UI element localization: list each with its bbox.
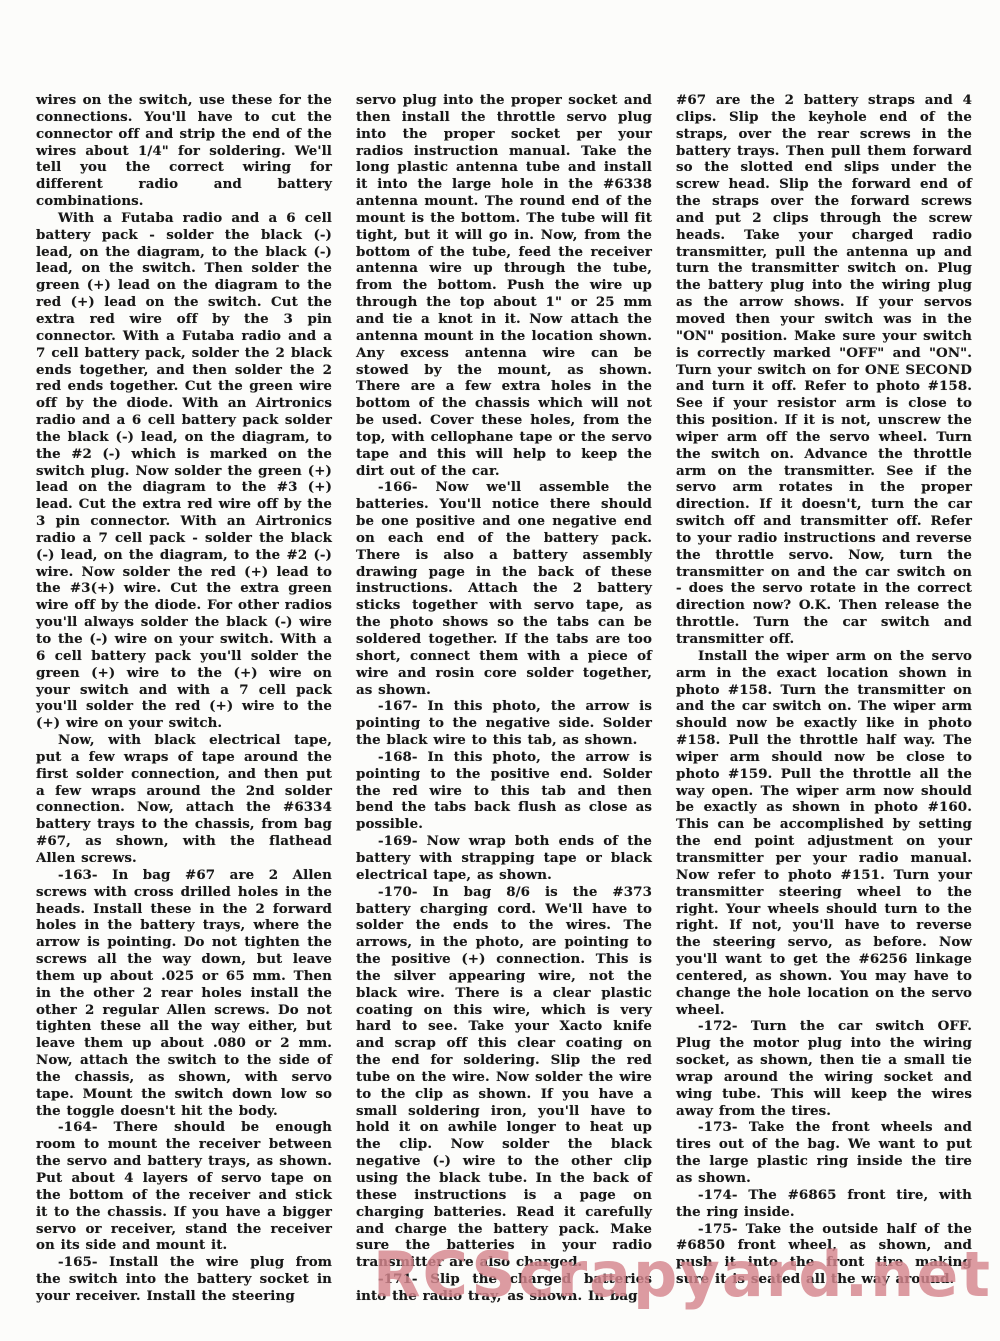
document-page: wires on the switch, use these for the c… — [0, 0, 1000, 1341]
paragraph: wires on the switch, use these for the c… — [36, 92, 332, 210]
paragraph: servo plug into the proper socket and th… — [356, 92, 652, 479]
paragraph: Now, with black electrical tape, put a f… — [36, 732, 332, 867]
paragraph: -166- Now we'll assemble the batteries. … — [356, 479, 652, 698]
paragraph: -170- In bag 8/6 is the #373 battery cha… — [356, 884, 652, 1271]
paragraph: -174- The #6865 front tire, with the rin… — [676, 1187, 972, 1221]
paragraph: #67 are the 2 battery straps and 4 clips… — [676, 92, 972, 648]
text-column: #67 are the 2 battery straps and 4 clips… — [676, 92, 972, 1305]
paragraph: -165- Install the wire plug from the swi… — [36, 1254, 332, 1305]
paragraph: -167- In this photo, the arrow is pointi… — [356, 698, 652, 749]
paragraph: -164- There should be enough room to mou… — [36, 1119, 332, 1254]
text-column: wires on the switch, use these for the c… — [36, 92, 332, 1305]
watermark: RCScrapyard.net — [373, 1238, 992, 1311]
paragraph: With a Futaba radio and a 6 cell battery… — [36, 210, 332, 732]
paragraph: -173- Take the front wheels and tires ou… — [676, 1119, 972, 1186]
text-columns: wires on the switch, use these for the c… — [36, 92, 972, 1305]
text-column: servo plug into the proper socket and th… — [356, 92, 652, 1305]
paragraph: -168- In this photo, the arrow is pointi… — [356, 749, 652, 833]
paragraph: -169- Now wrap both ends of the battery … — [356, 833, 652, 884]
paragraph: -163- In bag #67 are 2 Allen screws with… — [36, 867, 332, 1120]
paragraph: Install the wiper arm on the servo arm i… — [676, 648, 972, 1019]
paragraph: -172- Turn the car switch OFF. Plug the … — [676, 1018, 972, 1119]
